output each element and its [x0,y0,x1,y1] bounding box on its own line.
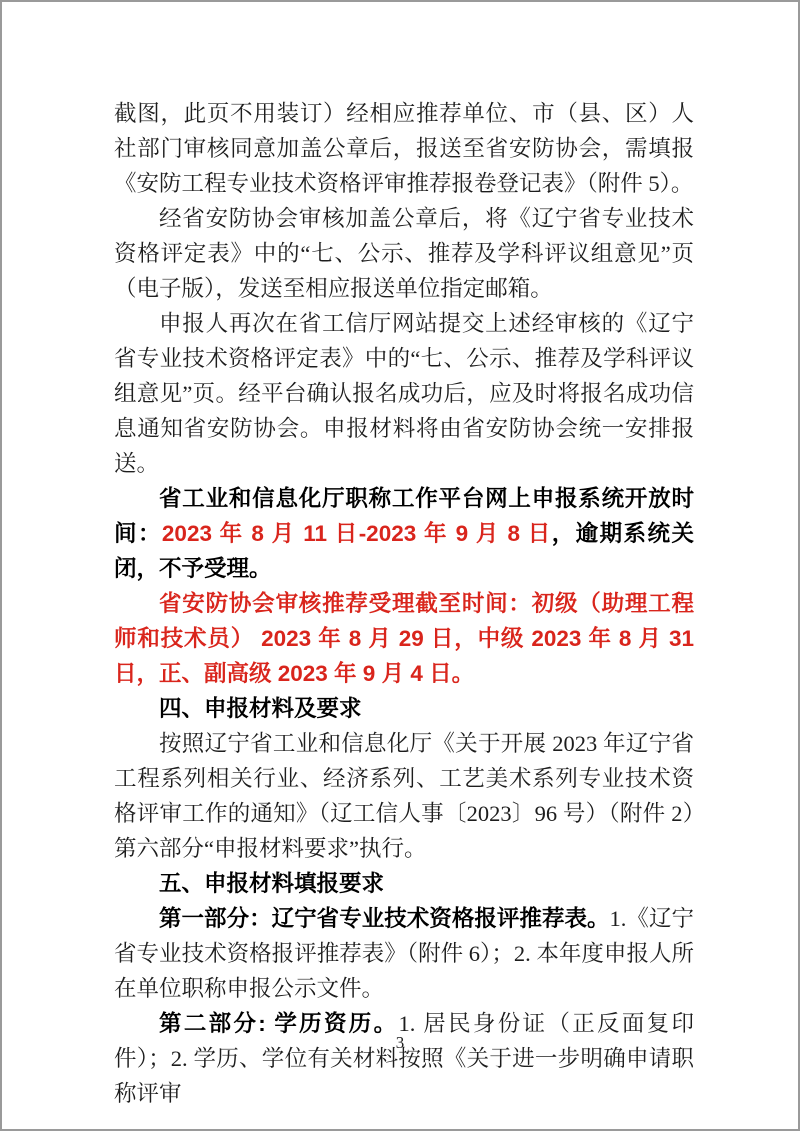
para-part-2-education-credentials: 第二部分: 学历资历。1. 居民身份证（正反面复印件）；2. 学历、学位有关材料… [114,1006,694,1111]
heading-section-5: 五、申报材料填报要求 [114,866,694,901]
heading-text: 五、申报材料填报要求 [159,871,384,896]
para-online-system-window: 省工业和信息化厅职称工作平台网上申报系统开放时间：2023 年 8 月 11 日… [114,481,694,586]
text-segment: 申报人再次在省工信厅网站提交上述经审核的《辽宁省专业技术资格评定表》中的“七、公… [114,311,694,476]
para-association-review-mail: 经省安防协会审核加盖公章后，将《辽宁省专业技术资格评定表》中的“七、公示、推荐及… [114,201,694,306]
text-segment: 截图，此页不用装订）经相应推荐单位、市（县、区）人社部门审核同意加盖公章后，报送… [114,101,694,196]
page-number: 3 [396,1033,405,1052]
deadline-dates-text: 省安防协会审核推荐受理截至时间：初级（助理工程师和技术员） 2023 年 8 月… [114,591,694,686]
document-body: 截图，此页不用装订）经相应推荐单位、市（县、区）人社部门审核同意加盖公章后，报送… [114,96,694,1111]
text-segment: 经省安防协会审核加盖公章后，将《辽宁省专业技术资格评定表》中的“七、公示、推荐及… [114,206,694,301]
deadline-dates-text: 2023 年 8 月 11 日-2023 年 9 月 8 日 [162,521,552,546]
para-materials-requirement: 按照辽宁省工业和信息化厅《关于开展 2023 年辽宁省工程系列相关行业、经济系列… [114,726,694,866]
heading-text: 四、申报材料及要求 [159,696,362,721]
para-resubmission-notice: 申报人再次在省工信厅网站提交上述经审核的《辽宁省专业技术资格评定表》中的“七、公… [114,306,694,481]
heading-section-4: 四、申报材料及要求 [114,691,694,726]
document-page: 截图，此页不用装订）经相应推荐单位、市（县、区）人社部门审核同意加盖公章后，报送… [0,0,800,1131]
text-segment: 按照辽宁省工业和信息化厅《关于开展 2023 年辽宁省工程系列相关行业、经济系列… [114,731,694,861]
para-part-1-recommendation-form: 第一部分：辽宁省专业技术资格报评推荐表。1.《辽宁省专业技术资格报评推荐表》（附… [114,901,694,1006]
page-footer: 3 [2,1032,798,1054]
para-review-deadlines: 省安防协会审核推荐受理截至时间：初级（助理工程师和技术员） 2023 年 8 月… [114,586,694,691]
para-seal-submission: 截图，此页不用装订）经相应推荐单位、市（县、区）人社部门审核同意加盖公章后，报送… [114,96,694,201]
part-label-text: 第一部分：辽宁省专业技术资格报评推荐表。 [159,906,610,931]
